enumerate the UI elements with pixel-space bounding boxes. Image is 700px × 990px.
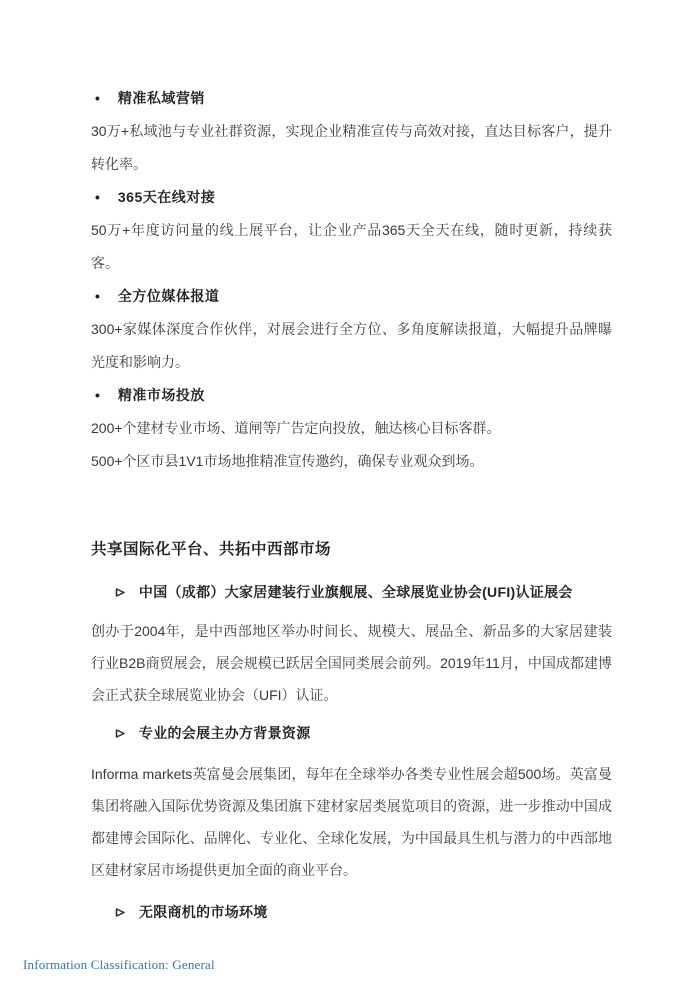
paragraph: Informa markets英富曼会展集团，每年在全球举办各类专业性展会超50… bbox=[91, 758, 612, 886]
arrow-list-item: 专业的会展主办方背景资源 bbox=[115, 717, 612, 750]
arrow-list-item: 无限商机的市场环境 bbox=[115, 896, 612, 929]
bullet-item-title: 精准私域营销 bbox=[118, 90, 205, 106]
arrow-bullet-icon bbox=[115, 717, 135, 750]
paragraph: 300+家媒体深度合作伙伴，对展会进行全方位、多角度解读报道，大幅提升品牌曝光度… bbox=[91, 313, 612, 379]
bullet-list-item: • 365天在线对接 bbox=[91, 181, 612, 214]
paragraph: 500+个区市县1V1市场地推精准宣传邀约，确保专业观众到场。 bbox=[91, 445, 612, 478]
arrow-item-title: 无限商机的市场环境 bbox=[139, 904, 268, 920]
paragraph: 200+个建材专业市场、道闸等广告定向投放，触达核心目标客群。 bbox=[91, 412, 612, 445]
arrow-item-title: 中国（成都）大家居建装行业旗舰展、全球展览业协会(UFI)认证展会 bbox=[139, 584, 573, 600]
arrow-list-item: 中国（成都）大家居建装行业旗舰展、全球展览业协会(UFI)认证展会 bbox=[115, 576, 612, 609]
paragraph: 50万+年度访问量的线上展平台，让企业产品365天全天在线，随时更新，持续获客。 bbox=[91, 214, 612, 280]
bullet-dot-icon: • bbox=[91, 379, 114, 412]
document-page: • 精准私域营销 30万+私域池与专业社群资源，实现企业精准宣传与高效对接，直达… bbox=[0, 0, 700, 990]
arrow-bullet-icon bbox=[115, 896, 135, 929]
arrow-item-title: 专业的会展主办方背景资源 bbox=[139, 725, 311, 741]
bullet-dot-icon: • bbox=[91, 181, 114, 214]
bullet-item-title: 365天在线对接 bbox=[118, 189, 215, 205]
arrow-bullet-icon bbox=[115, 576, 135, 609]
bullet-item-title: 全方位媒体报道 bbox=[118, 288, 220, 304]
paragraph: 30万+私域池与专业社群资源，实现企业精准宣传与高效对接，直达目标客户，提升转化… bbox=[91, 115, 612, 181]
bullet-dot-icon: • bbox=[91, 280, 114, 313]
bullet-list-item: • 精准私域营销 bbox=[91, 82, 612, 115]
section-heading: 共享国际化平台、共拓中西部市场 bbox=[91, 532, 612, 568]
footer-classification: Information Classification: General bbox=[23, 957, 215, 973]
paragraph: 创办于2004年，是中西部地区举办时间长、规模大、展品全、新品多的大家居建装行业… bbox=[91, 615, 612, 711]
bullet-item-title: 精准市场投放 bbox=[118, 387, 205, 403]
document-content: • 精准私域营销 30万+私域池与专业社群资源，实现企业精准宣传与高效对接，直达… bbox=[0, 0, 700, 929]
bullet-list-item: • 全方位媒体报道 bbox=[91, 280, 612, 313]
bullet-list-item: • 精准市场投放 bbox=[91, 379, 612, 412]
bullet-dot-icon: • bbox=[91, 82, 114, 115]
